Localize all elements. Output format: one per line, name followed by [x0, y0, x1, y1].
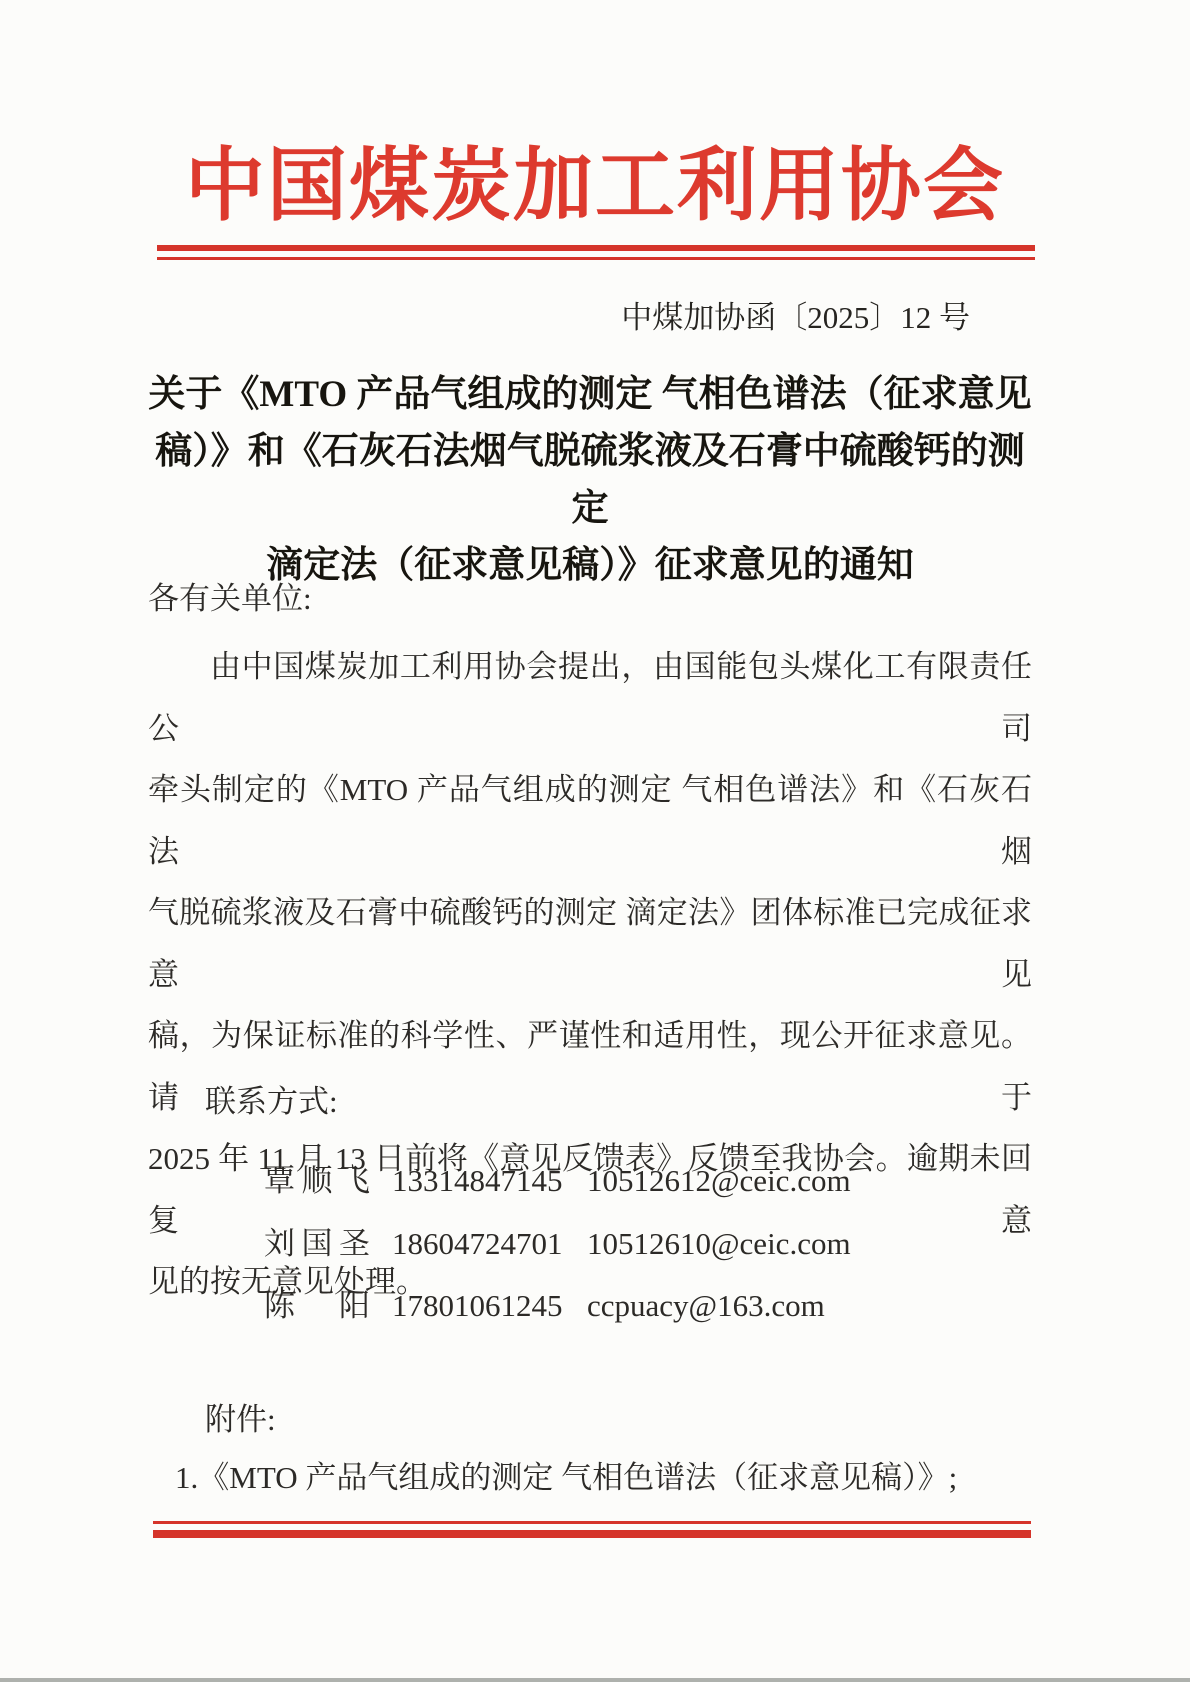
contact-row: 陈 阳 17801061245 ccpuacy@163.com — [264, 1275, 851, 1338]
contact-row: 覃顺飞 13314847145 10512612@ceic.com — [264, 1150, 851, 1213]
footer-rule-thin — [153, 1521, 1031, 1524]
scan-page-edge — [0, 1678, 1190, 1682]
organization-name: 中国煤炭加工利用协会 — [0, 147, 1190, 227]
contact-row: 刘国圣 18604724701 10512610@ceic.com — [264, 1213, 851, 1276]
contact-name: 刘国圣 — [264, 1213, 370, 1276]
header-rule-thick — [157, 245, 1035, 251]
contact-name: 陈 阳 — [264, 1275, 370, 1338]
contact-phone: 13314847145 — [392, 1150, 564, 1213]
contact-email: ccpuacy@163.com — [587, 1275, 825, 1338]
contact-phone: 18604724701 — [392, 1213, 564, 1276]
document-number: 中煤加协函〔2025〕12 号 — [0, 299, 970, 337]
header-rule-thin — [157, 257, 1035, 260]
salutation: 各有关单位: — [148, 582, 312, 616]
contact-list: 覃顺飞 13314847145 10512612@ceic.com 刘国圣 18… — [264, 1150, 851, 1338]
document-title: 关于《MTO 产品气组成的测定 气相色谱法（征求意见 稿）》和《石灰石法烟气脱硫… — [148, 366, 1032, 594]
contact-section-label: 联系方式: — [205, 1085, 338, 1119]
contact-email: 10512612@ceic.com — [587, 1150, 851, 1213]
document-title-line2: 稿）》和《石灰石法烟气脱硫浆液及石膏中硫酸钙的测定 — [148, 423, 1032, 537]
footer-rule-thick — [153, 1530, 1031, 1538]
body-line: 气脱硫浆液及石膏中硫酸钙的测定 滴定法》团体标准已完成征求意见 — [148, 882, 1032, 1005]
contact-name: 覃顺飞 — [264, 1150, 370, 1213]
attachments-label: 附件: — [205, 1403, 276, 1437]
body-line: 由中国煤炭加工利用协会提出，由国能包头煤化工有限责任公司 — [148, 636, 1032, 759]
document-title-line1: 关于《MTO 产品气组成的测定 气相色谱法（征求意见 — [148, 366, 1032, 423]
body-line: 牵头制定的《MTO 产品气组成的测定 气相色谱法》和《石灰石法烟 — [148, 759, 1032, 882]
contact-email: 10512610@ceic.com — [587, 1213, 851, 1276]
contact-phone: 17801061245 — [392, 1275, 564, 1338]
letter-page: 中国煤炭加工利用协会 中煤加协函〔2025〕12 号 关于《MTO 产品气组成的… — [0, 0, 1190, 1682]
attachment-item: 1.《MTO 产品气组成的测定 气相色谱法（征求意见稿）》; — [175, 1458, 957, 1498]
